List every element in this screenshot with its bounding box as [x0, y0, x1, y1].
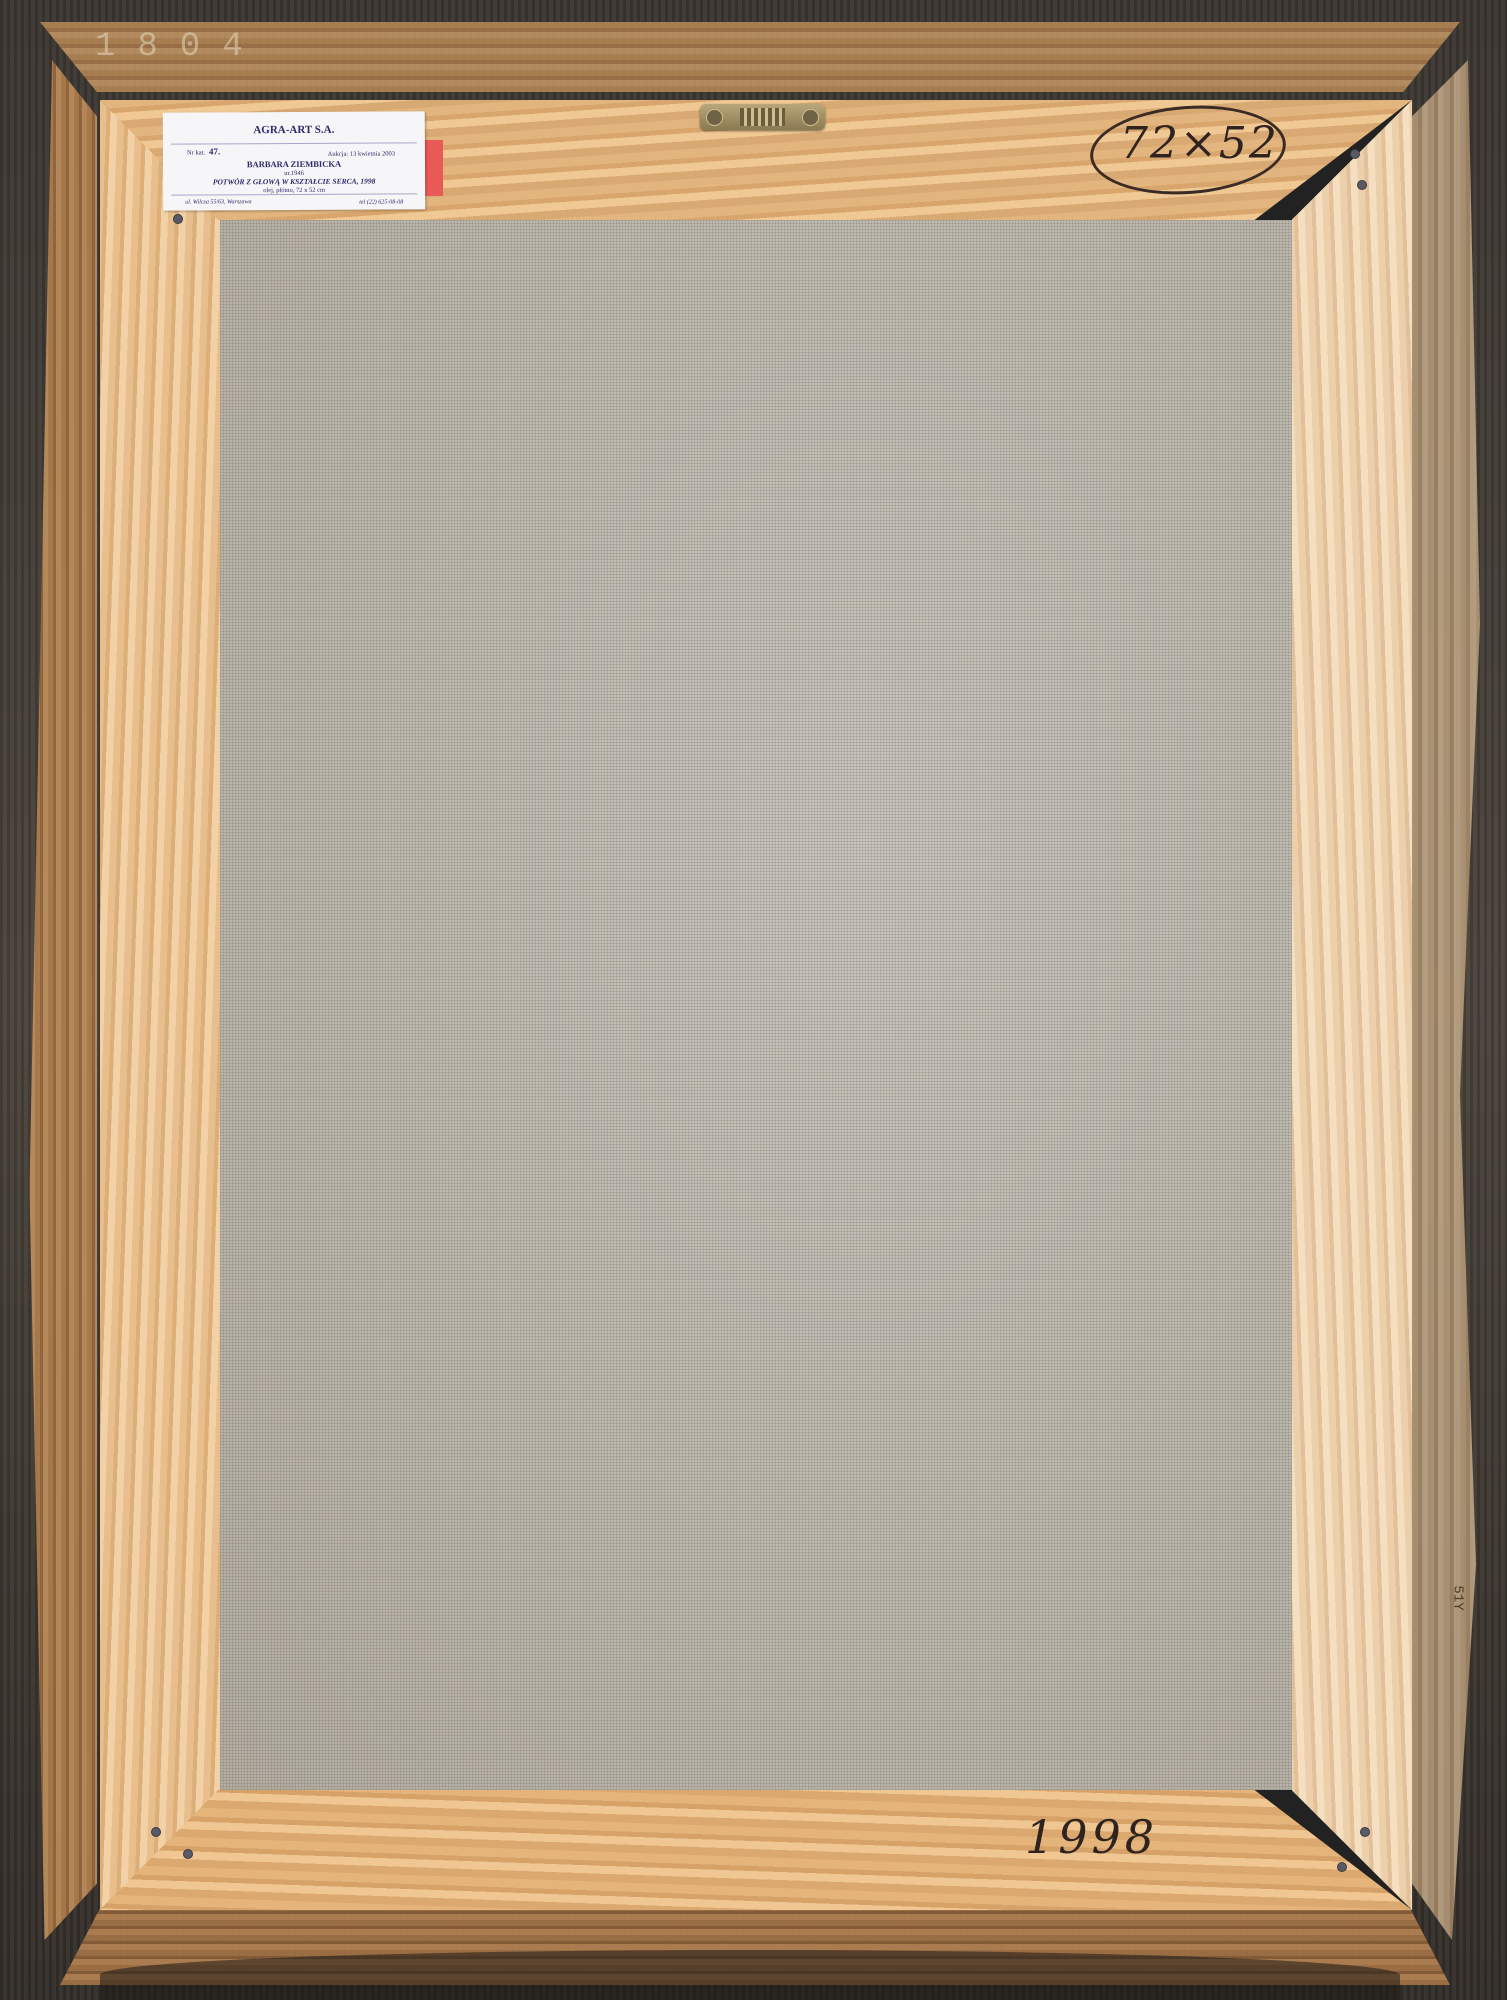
nail-icon	[1338, 1863, 1346, 1871]
nail-icon	[1358, 181, 1366, 189]
nail-icon	[1351, 150, 1359, 158]
handwritten-dimensions: 72×52	[1120, 118, 1279, 169]
label-artist: BARBARA ZIEMBICKA	[163, 158, 425, 169]
label-title: POTWÓR Z GŁOWĄ W KSZTAŁCIE SERCA, 1998	[163, 176, 425, 186]
sawtooth-hanger-icon	[700, 104, 825, 130]
nail-icon	[174, 215, 182, 223]
frame-shadow	[100, 1950, 1400, 2000]
nail-icon	[184, 1850, 192, 1858]
stretcher-bar-bottom	[100, 1790, 1412, 1910]
frame-stamp: 51Y	[1450, 1585, 1466, 1610]
frame-faded-number: 1804	[95, 28, 265, 66]
handwritten-year: 1998	[1025, 1810, 1158, 1864]
stretcher	[100, 100, 1412, 1910]
nail-icon	[1361, 1828, 1369, 1836]
label-auction-date: Aukcja: 13 kwietnia 2003	[328, 150, 395, 157]
label-catalog: Nr kat.47.	[187, 146, 220, 156]
nail-icon	[152, 1828, 160, 1836]
painting-back-photo: 1804 51Y AGRA-ART S.A. Nr kat.47. Aukcja…	[0, 0, 1507, 2000]
label-address: ul. Wilcza 55/63, Warszawa	[185, 199, 251, 205]
label-company: AGRA-ART S.A.	[163, 123, 425, 136]
label-red-tab	[425, 140, 443, 196]
canvas-back	[220, 220, 1292, 1790]
label-catalog-number: 47.	[209, 146, 220, 156]
auction-label: AGRA-ART S.A. Nr kat.47. Aukcja: 13 kwie…	[163, 111, 426, 210]
stretcher-bar-left	[100, 100, 220, 1910]
label-phone: tel (22) 625-08-08	[359, 199, 403, 205]
stretcher-bar-right	[1292, 100, 1412, 1910]
